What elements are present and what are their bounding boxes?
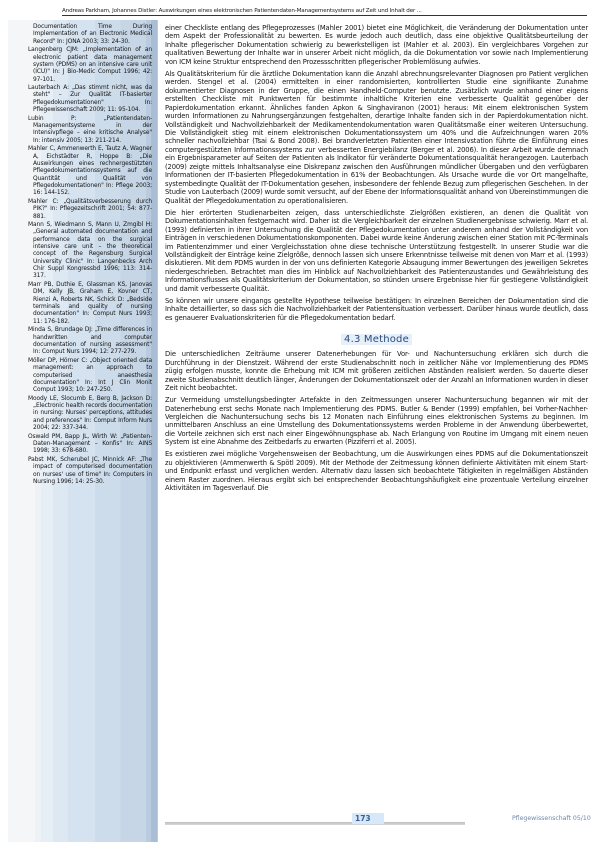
reference-item: Minda S, Brundage DJ: „Time differences … bbox=[28, 327, 152, 356]
main-text-column: einer Checkliste entlang des Pflegeproze… bbox=[165, 24, 588, 496]
body-paragraph: Die hier erörterten Studienarbeiten zeig… bbox=[165, 209, 588, 294]
body-paragraph: Als Qualitätskriterium für die ärztliche… bbox=[165, 70, 588, 205]
reference-item: Marr PB, Duthie E, Glassman KS, Janovas … bbox=[28, 282, 152, 326]
reference-item: Oswald PM, Bapp JL, Wirth W: „Patienten-… bbox=[28, 434, 152, 456]
reference-item: Lauterbach A: „Das stimmt nicht, was da … bbox=[28, 85, 152, 114]
body-paragraph: So können wir unsere eingangs gestellte … bbox=[165, 297, 588, 322]
reference-item: Mahler C: „Qualitätsverbesserung durch P… bbox=[28, 199, 152, 221]
reference-item: Mahler C, Ammenwerth E, Tautz A, Wagner … bbox=[28, 146, 152, 197]
reference-item: Lubin P: „Patientendaten-Managementsyste… bbox=[28, 116, 152, 145]
body-paragraph: Die unterschiedlichen Zeiträume unserer … bbox=[165, 350, 588, 392]
reference-item: Documentation Time During Implementation… bbox=[28, 24, 152, 46]
footer-rule bbox=[165, 822, 465, 825]
body-paragraph: einer Checkliste entlang des Pflegeproze… bbox=[165, 24, 588, 66]
references-sidebar: Documentation Time During Implementation… bbox=[28, 24, 152, 487]
running-head: Andreas Parkham, Johannes Distler: Auswi… bbox=[62, 8, 587, 16]
body-paragraph: Es existieren zwei mögliche Vorgehenswei… bbox=[165, 450, 588, 492]
body-paragraph: Zur Vermeidung umstellungsbedingter Arte… bbox=[165, 396, 588, 447]
page-number: 173 bbox=[355, 814, 371, 823]
reference-item: Moody LE, Slocumb E, Berg B, Jackson D: … bbox=[28, 396, 152, 433]
reference-item: Möller DP, Hörner C: „Object oriented da… bbox=[28, 358, 152, 395]
section-heading: 4.3 Methode bbox=[165, 334, 588, 346]
reference-item: Langenberg CJM: „Implementation of an el… bbox=[28, 47, 152, 84]
journal-name: Pflegewissenschaft 05/10 bbox=[512, 815, 591, 822]
reference-item: Mann S, Wiedmann S, Mann U, Zmgibl H: „G… bbox=[28, 222, 152, 281]
reference-item: Pabst MK, Scherubel JC, Minnick AF: „The… bbox=[28, 457, 152, 486]
section-heading-text: 4.3 Methode bbox=[341, 334, 412, 345]
